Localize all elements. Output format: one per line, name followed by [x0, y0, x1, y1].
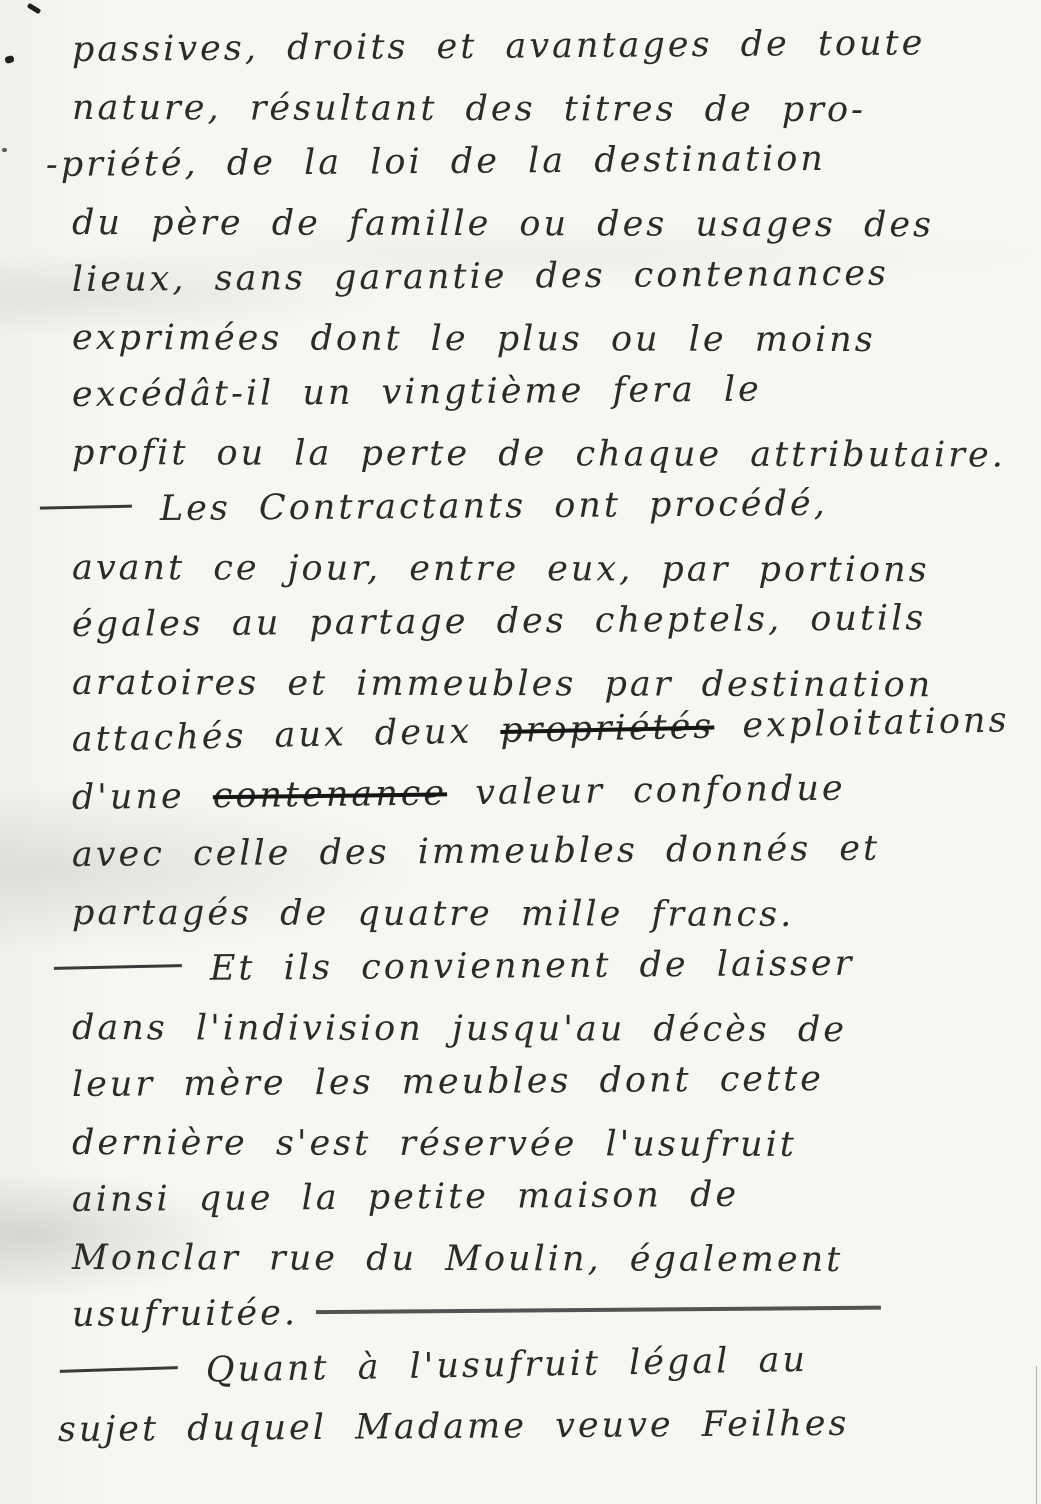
- line-text: exprimées dont le plus ou le moins: [72, 318, 876, 360]
- manuscript-line: excédât-il un vingtième fera le: [72, 368, 1023, 433]
- manuscript-line: passives, droits et avantages de toute: [72, 23, 1023, 88]
- line-text: passives, droits et avantages de toute: [72, 23, 926, 70]
- ink-speck: [4, 55, 15, 64]
- struck-word: propriétés: [500, 707, 715, 751]
- manuscript-line: leur mère les meubles dont cette: [72, 1058, 1023, 1123]
- line-text: usufruitée.: [72, 1293, 298, 1335]
- manuscript-line: égales au partage des cheptels, outils: [72, 598, 1023, 663]
- line-text: -priété, de la loi de la destination: [46, 139, 826, 185]
- line-text: partagés de quatre mille francs.: [72, 893, 794, 935]
- filler-rule: [316, 1306, 881, 1314]
- line-text: excédât-il un vingtième fera le: [72, 370, 762, 415]
- line-text: du père de famille ou des usages des: [72, 203, 934, 245]
- line-text: Monclar rue du Moulin, également: [72, 1238, 843, 1280]
- line-text: aratoires et immeubles par destination: [72, 663, 933, 705]
- manuscript-line: d'une contenance valeur confondue: [72, 766, 1024, 835]
- paragraph-dash: [60, 1366, 178, 1373]
- line-text: avec celle des immeubles donnés et: [72, 829, 880, 875]
- line-text: valeur confondue: [447, 768, 846, 813]
- line-text: lieux, sans garantie des contenances: [72, 254, 889, 300]
- manuscript-line: Les Contractants ont procédé,: [40, 482, 1023, 547]
- line-text: profit ou la perte de chaque attributair…: [72, 433, 1006, 475]
- line-text: exploitations: [714, 700, 1010, 746]
- line-text: nature, résultant des titres de pro-: [72, 88, 866, 130]
- scanned-manuscript: { "page": { "kind": "handwritten manuscr…: [0, 0, 1041, 1504]
- line-text: Les Contractants ont procédé,: [160, 484, 828, 529]
- manuscript-line: ainsi que la petite maison de: [72, 1173, 1023, 1238]
- line-text: dans l'indivision jusqu'au décès de: [72, 1008, 847, 1050]
- line-text: attachés aux deux: [71, 711, 500, 760]
- line-text: dernière s'est réservée l'usufruit: [72, 1123, 797, 1165]
- manuscript-line: -priété, de la loi de la destination: [46, 137, 1023, 202]
- line-text: leur mère les meubles dont cette: [72, 1059, 824, 1105]
- line-text: sujet duquel Madame veuve Feilhes: [58, 1404, 850, 1450]
- line-text: égales au partage des cheptels, outils: [72, 598, 927, 645]
- line-text: ainsi que la petite maison de: [72, 1175, 739, 1220]
- manuscript-line: avec celle des immeubles donnés et: [72, 828, 1023, 893]
- line-text: avant ce jour, entre eux, par portions: [72, 548, 930, 590]
- line-text: d'une: [72, 776, 213, 818]
- ink-speck: [27, 3, 42, 15]
- line-text: Et ils conviennent de laisser: [210, 944, 855, 989]
- ink-speck: [2, 148, 7, 152]
- paragraph-dash: [40, 505, 132, 510]
- scan-edge-line: [1036, 1366, 1037, 1504]
- struck-word: contenance: [213, 773, 448, 816]
- manuscript-text-block: passives, droits et avantages de toute n…: [72, 30, 1023, 1468]
- manuscript-line: lieux, sans garantie des contenances: [72, 253, 1023, 318]
- manuscript-line: sujet duquel Madame veuve Feilhes: [58, 1402, 1023, 1467]
- manuscript-line: Et ils conviennent de laisser: [54, 942, 1023, 1007]
- paragraph-dash: [54, 964, 182, 970]
